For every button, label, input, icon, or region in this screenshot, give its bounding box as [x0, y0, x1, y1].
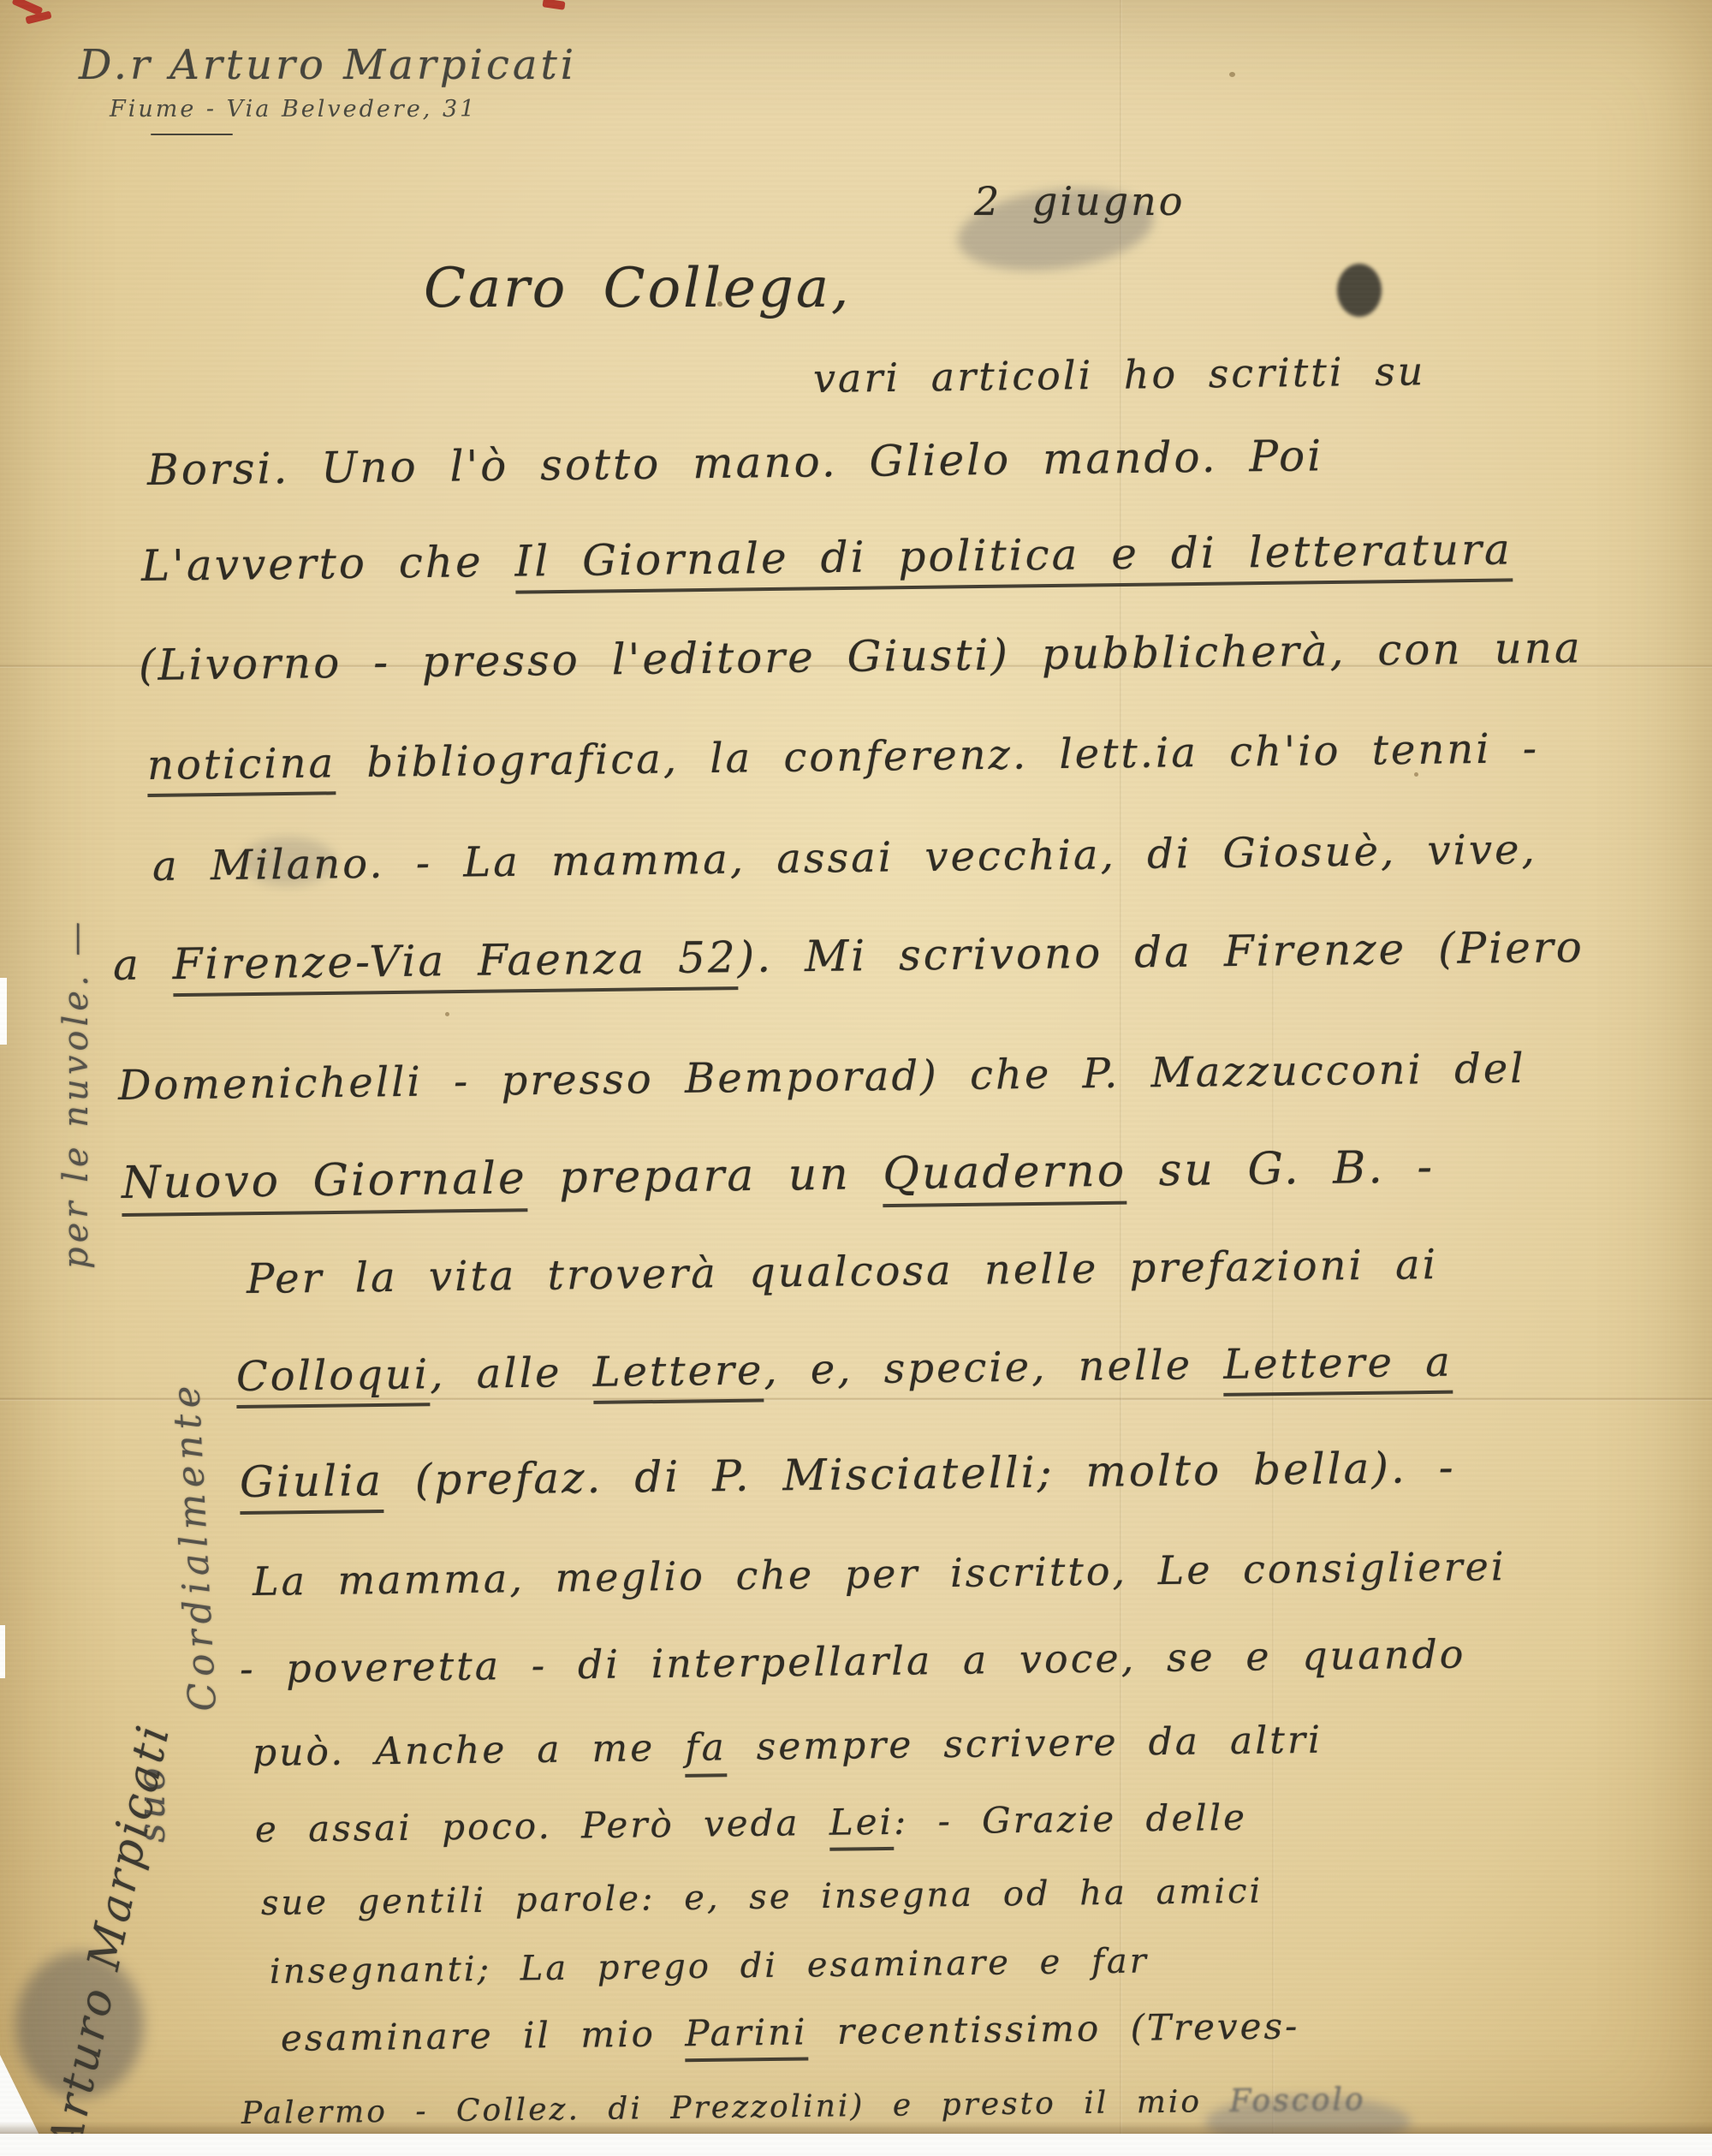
paper-bottom-shadow — [0, 2122, 1712, 2134]
paper-edge-notch — [0, 1625, 5, 1678]
handwritten-line: a Milano. - La mamma, assai vecchia, di … — [152, 825, 1537, 890]
text-segment: Domenichelli - presso Bemporad) che P. M… — [118, 1045, 1526, 1110]
margin-note-line-1: per le nuvole. — — [56, 918, 96, 1269]
handwritten-line: (Livorno - presso l'editore Giusti) pubb… — [139, 622, 1583, 690]
date-line: 2 giugno — [974, 178, 1185, 224]
red-pen-mark — [542, 0, 565, 10]
handwritten-line: Domenichelli - presso Bemporad) che P. M… — [118, 1045, 1526, 1110]
handwritten-line: sue gentili parole: e, se insegna od ha … — [261, 1872, 1263, 1923]
handwritten-line: Per la vita troverà qualcosa nelle prefa… — [247, 1241, 1439, 1303]
underlined-phrase: Nuovo Giornale — [122, 1152, 528, 1217]
text-segment: prepara un — [526, 1148, 883, 1204]
text-segment: bibliografica, la conferenz. lett.ia ch'… — [336, 724, 1540, 787]
text-segment: Borsi. Uno l'ò sotto mano. Glielo mando.… — [147, 431, 1324, 495]
underlined-phrase: Giulia — [240, 1456, 384, 1515]
text-segment: su G. B. - — [1126, 1141, 1436, 1196]
text-segment: vari articoli ho scritti su — [813, 348, 1426, 402]
paper-speck — [1229, 72, 1235, 77]
salutation: Caro Collega, — [424, 257, 851, 320]
handwritten-line: noticina bibliografica, la conferenz. le… — [147, 724, 1540, 789]
letter-scan: D.r Arturo Marpicati Fiume - Via Belvede… — [0, 0, 1712, 2156]
text-segment: recentissimo (Treves- — [807, 2004, 1299, 2052]
handwritten-line: Borsi. Uno l'ò sotto mano. Glielo mando.… — [147, 431, 1324, 495]
handwritten-line: esaminare il mio Parini recentissimo (Tr… — [281, 2004, 1300, 2059]
text-segment: e assai poco. Però veda — [255, 1802, 829, 1850]
handwritten-line: insegnanti; La prego di esaminare e far — [270, 1941, 1149, 1992]
handwritten-line: Giulia (prefaz. di P. Misciatelli; molto… — [240, 1443, 1456, 1507]
red-pen-mark — [25, 11, 51, 25]
paper-edge-notch — [0, 978, 7, 1045]
handwritten-line: e assai poco. Però veda Lei: - Grazie de… — [255, 1796, 1248, 1850]
text-segment: sue gentili parole: e, se insegna od ha … — [261, 1872, 1263, 1923]
underlined-phrase: Lettere a — [1223, 1338, 1453, 1397]
text-segment: Per la vita troverà qualcosa nelle prefa… — [247, 1241, 1439, 1303]
text-segment: ). Mi scrivono da Firenze (Piero — [737, 922, 1584, 982]
text-segment: (prefaz. di P. Misciatelli; molto bella)… — [383, 1443, 1456, 1505]
letterhead-address: Fiume - Via Belvedere, 31 — [110, 96, 477, 122]
margin-signature: Arturo Marpicati — [39, 1718, 181, 2156]
text-segment: : - Grazie delle — [894, 1796, 1248, 1843]
text-segment: a — [113, 939, 173, 990]
underlined-phrase: noticina — [147, 739, 336, 797]
text-segment: - poveretta - di interpellarla a voce, s… — [240, 1631, 1466, 1692]
text-segment: a Milano. - La mamma, assai vecchia, di … — [152, 825, 1537, 890]
text-segment: Foscolo — [1229, 2082, 1366, 2119]
margin-note-line-2: Cordialmente — [164, 1379, 225, 1712]
handwritten-line: Nuovo Giornale prepara un Quaderno su G.… — [122, 1141, 1436, 1209]
handwritten-line: Colloqui, alle Lettere, e, specie, nelle… — [236, 1338, 1453, 1401]
text-segment: esaminare il mio — [281, 2012, 686, 2059]
handwritten-line: La mamma, meglio che per iscritto, Le co… — [253, 1543, 1507, 1605]
underlined-phrase: Il Giornale di politica e di letteratura — [514, 524, 1513, 593]
letterhead-rule — [151, 134, 233, 135]
underlined-phrase: Parini — [685, 2010, 808, 2062]
underlined-phrase: Colloqui — [236, 1350, 431, 1409]
text-segment: insegnanti; La prego di esaminare e far — [270, 1941, 1149, 1992]
text-segment: può. Anche a me — [253, 1726, 686, 1775]
handwritten-line: L'avverto che Il Giornale di politica e … — [141, 524, 1513, 591]
text-segment: L'avverto che — [141, 537, 515, 591]
paper-speck — [445, 1012, 449, 1016]
scanner-background-strip — [0, 2134, 1712, 2156]
text-segment: , e, specie, nelle — [764, 1341, 1224, 1395]
handwritten-line: vari articoli ho scritti su — [813, 348, 1426, 402]
underlined-phrase: Lei — [829, 1801, 895, 1851]
letterhead-name: D.r Arturo Marpicati — [79, 41, 577, 89]
ink-blot — [1337, 264, 1382, 317]
underlined-phrase: Firenze-Via Faenza 52 — [172, 932, 738, 997]
handwritten-line: - poveretta - di interpellarla a voce, s… — [240, 1631, 1466, 1692]
text-segment: La mamma, meglio che per iscritto, Le co… — [253, 1543, 1507, 1605]
underlined-phrase: Lettere — [592, 1346, 764, 1403]
underlined-phrase: Quaderno — [883, 1146, 1127, 1207]
underlined-phrase: fa — [685, 1725, 727, 1778]
text-segment: (Livorno - presso l'editore Giusti) pubb… — [139, 622, 1583, 690]
text-segment: sempre scrivere da altri — [726, 1718, 1323, 1770]
text-segment: , alle — [430, 1349, 593, 1398]
handwritten-line: a Firenze-Via Faenza 52). Mi scrivono da… — [113, 922, 1584, 990]
handwritten-line: può. Anche a me fa sempre scrivere da al… — [253, 1718, 1323, 1775]
